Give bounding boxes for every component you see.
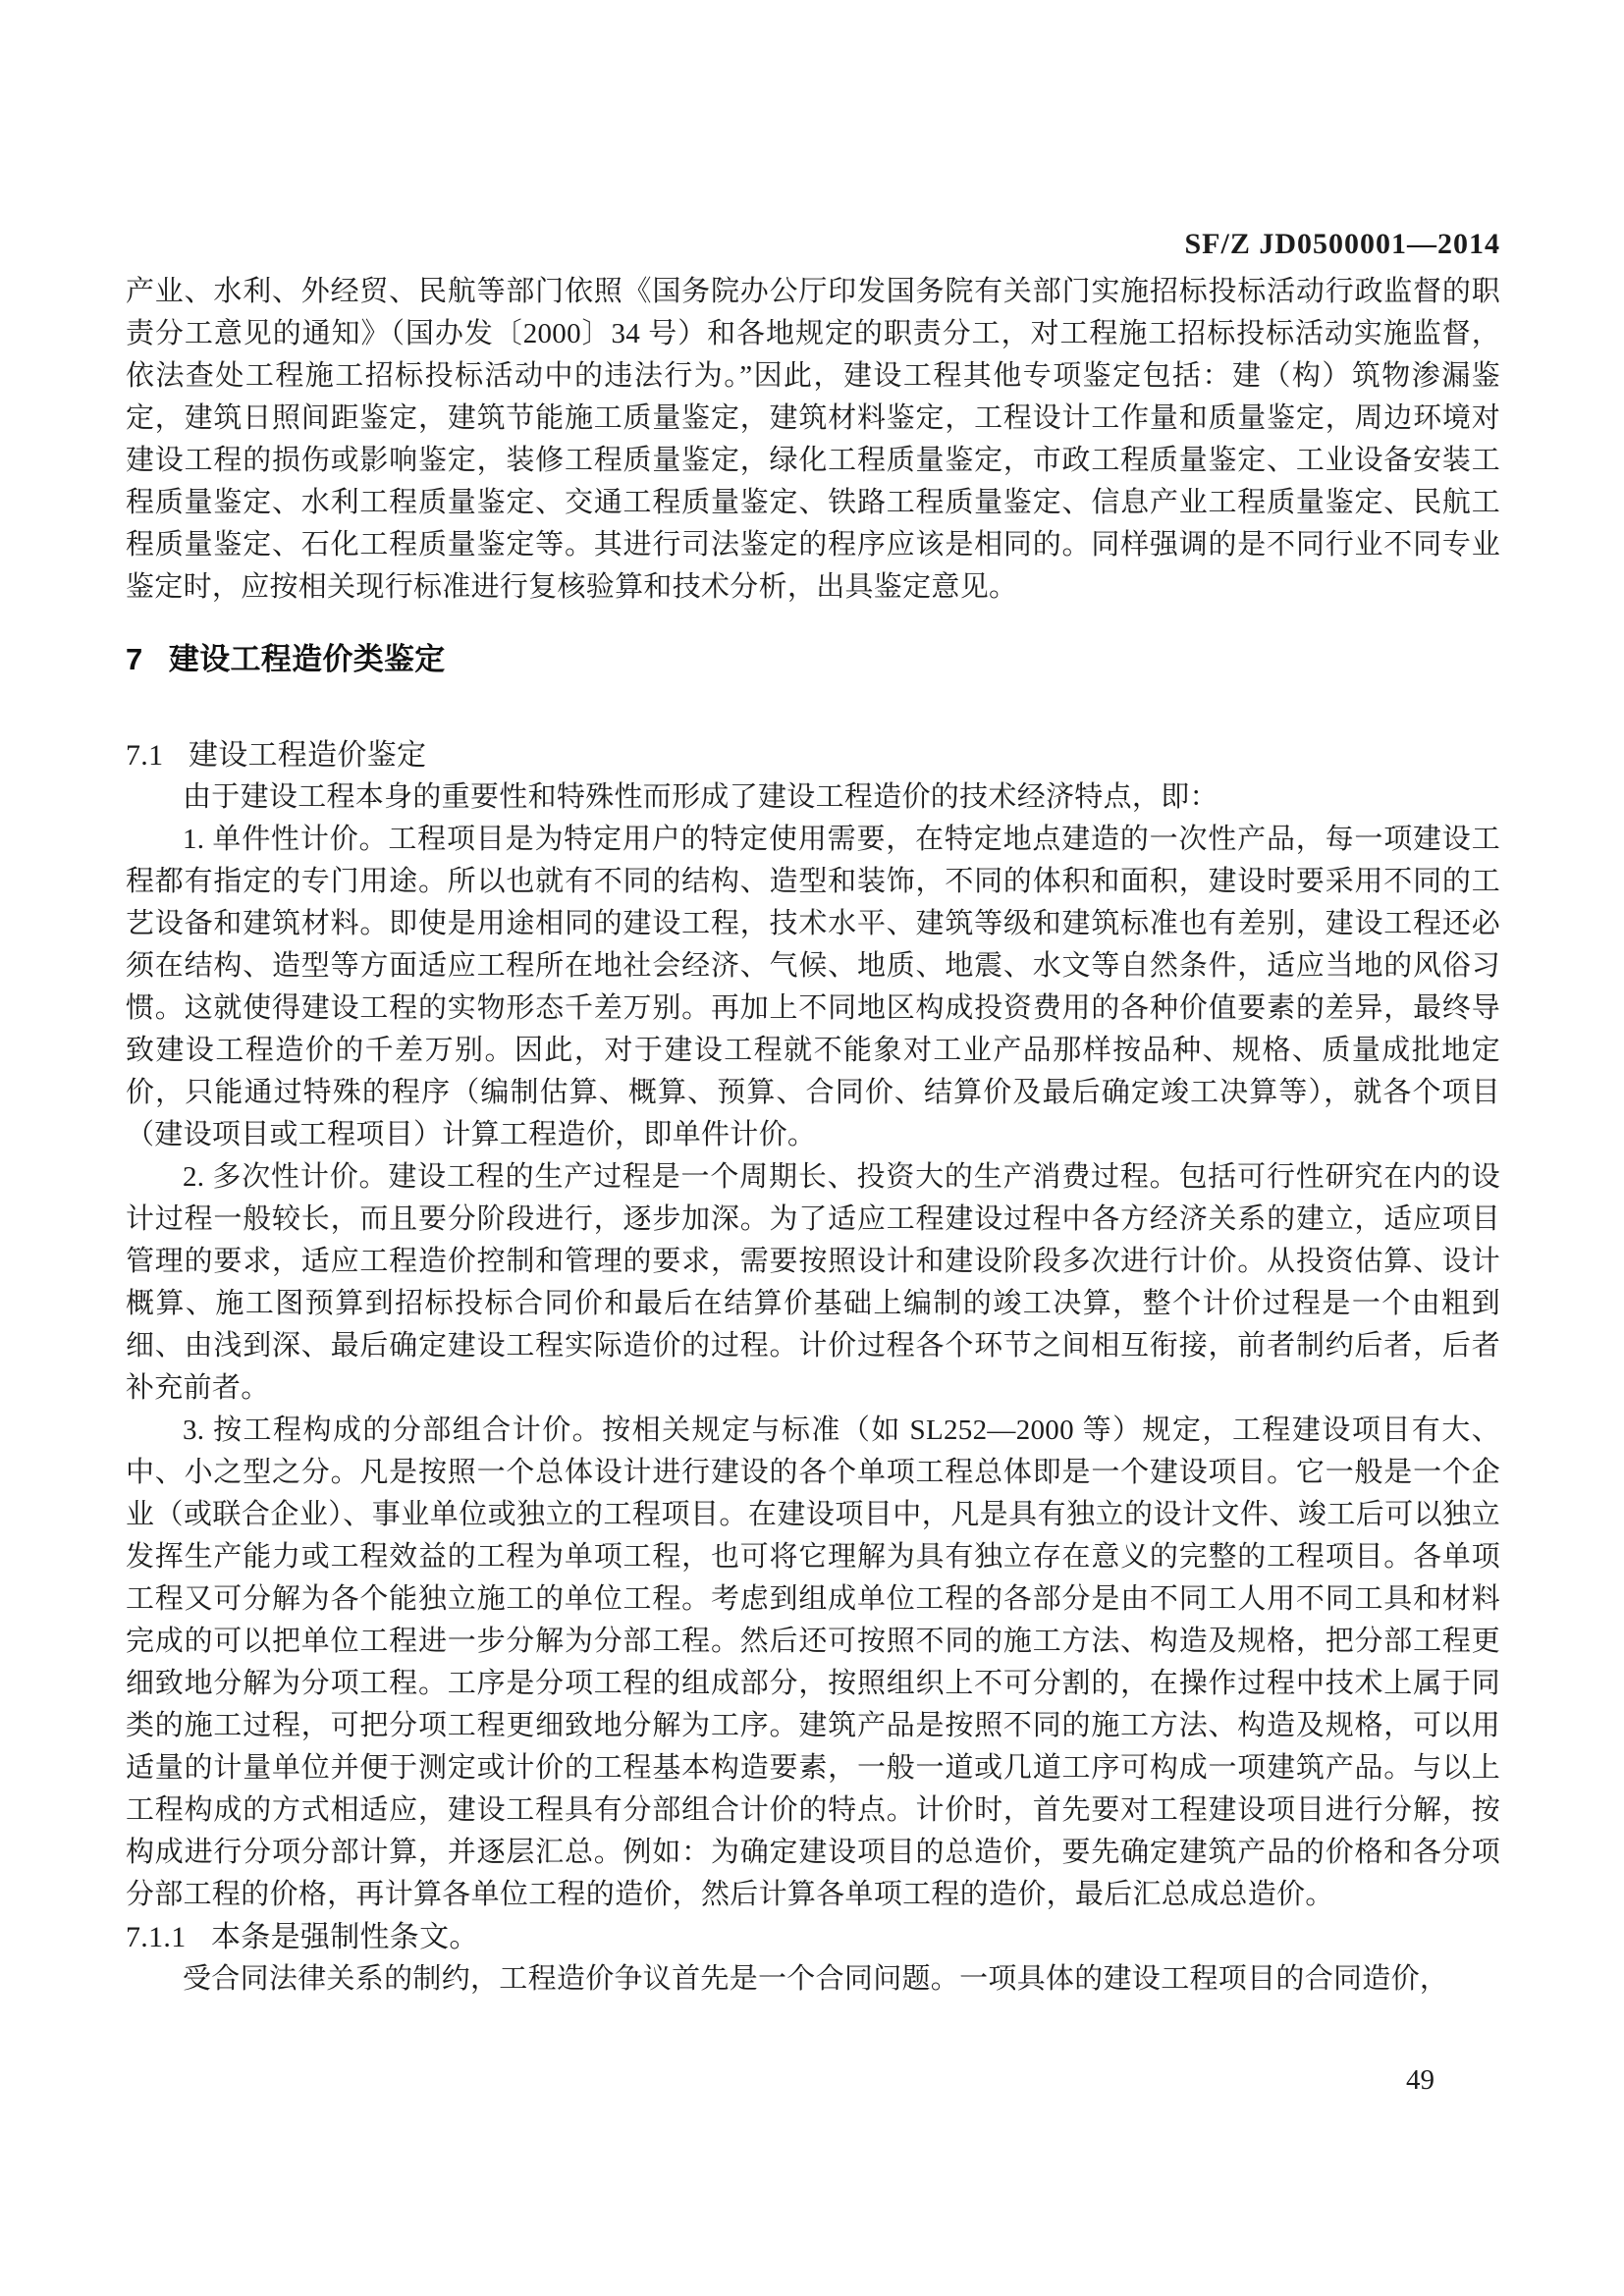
clause-7-1-1-title: 本条是强制性条文。 xyxy=(211,1921,479,1953)
standard-code-header: SF/Z JD0500001—2014 xyxy=(126,228,1500,261)
paragraph-final: 受合同法律关系的制约，工程造价争议首先是一个合同问题。一项具体的建设工程项目的合… xyxy=(126,1958,1500,2001)
paragraph-continuation: 产业、水利、外经贸、民航等部门依照《国务院办公厅印发国务院有关部门实施招标投标活… xyxy=(126,271,1500,609)
paragraph-item-1: 1. 单件性计价。工程项目是为特定用户的特定使用需要，在特定地点建造的一次性产品… xyxy=(126,819,1500,1156)
body-text-block: 产业、水利、外经贸、民航等部门依照《国务院办公厅印发国务院有关部门实施招标投标活… xyxy=(126,271,1500,2001)
section-7-heading: 7建设工程造价类鉴定 xyxy=(126,640,1500,679)
paragraph-item-2: 2. 多次性计价。建设工程的生产过程是一个周期长、投资大的生产消费过程。包括可行… xyxy=(126,1156,1500,1410)
page-content: SF/Z JD0500001—2014 产业、水利、外经贸、民航等部门依照《国务… xyxy=(126,228,1500,2001)
section-7-title: 建设工程造价类鉴定 xyxy=(169,642,446,676)
clause-7-1-1-heading: 7.1.1本条是强制性条文。 xyxy=(126,1916,1500,1958)
clause-7-1-heading: 7.1建设工程造价鉴定 xyxy=(126,734,1500,776)
section-7-number: 7 xyxy=(126,640,143,679)
document-page: SF/Z JD0500001—2014 产业、水利、外经贸、民航等部门依照《国务… xyxy=(0,0,1624,2296)
paragraph-intro: 由于建设工程本身的重要性和特殊性而形成了建设工程造价的技术经济特点，即： xyxy=(126,776,1500,819)
clause-7-1-number: 7.1 xyxy=(126,734,163,776)
clause-7-1-1-number: 7.1.1 xyxy=(126,1916,187,1958)
page-number: 49 xyxy=(1406,2059,1435,2102)
paragraph-item-3: 3. 按工程构成的分部组合计价。按相关规定与标准（如 SL252—2000 等）… xyxy=(126,1410,1500,1916)
clause-7-1-title: 建设工程造价鉴定 xyxy=(189,739,426,772)
